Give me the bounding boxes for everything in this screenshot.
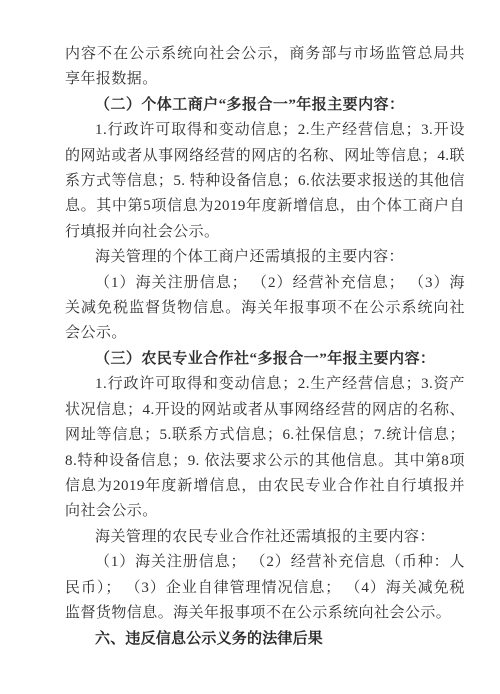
para-cooperative-annual-report-items: 1.行政许可取得和变动信息；2.生产经营信息；3.资产状况信息；4.开设的网站或… [65,372,465,524]
para-customs-individual-items: （1）海关注册信息； （2）经营补充信息； （3）海关减免税监督货物信息。海关年… [65,271,465,347]
para-customs-individual-intro: 海关管理的个体工商户还需填报的主要内容： [65,245,465,270]
heading-section-3-farmer-cooperative: （三）农民专业合作社“多报合一”年报主要内容： [65,347,465,372]
heading-section-6-legal-consequences: 六、违反信息公示义务的法律后果 [65,626,465,651]
para-continuation-publicity: 内容不在公示系统向社会公示，商务部与市场监管总局共享年报数据。 [65,42,465,93]
document-content: 内容不在公示系统向社会公示，商务部与市场监管总局共享年报数据。 （二）个体工商户… [65,42,465,652]
para-customs-cooperative-items: （1）海关注册信息； （2）经营补充信息（币种：人民币）； （3）企业自律管理情… [65,550,465,626]
heading-section-2-individual-business: （二）个体工商户“多报合一”年报主要内容： [65,93,465,118]
para-customs-cooperative-intro: 海关管理的农民专业合作社还需填报的主要内容： [65,525,465,550]
document-page: 内容不在公示系统向社会公示，商务部与市场监管总局共享年报数据。 （二）个体工商户… [0,0,500,694]
para-individual-annual-report-items: 1.行政许可取得和变动信息；2.生产经营信息；3.开设的网站或者从事网络经营的网… [65,118,465,245]
